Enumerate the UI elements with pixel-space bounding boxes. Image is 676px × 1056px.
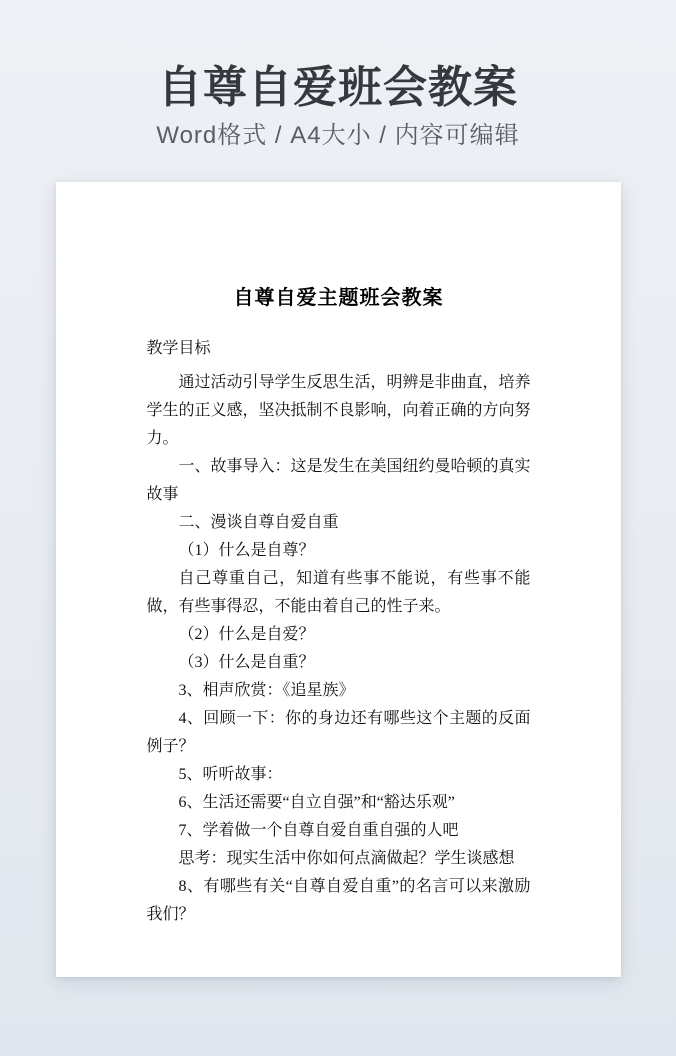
document-page: 自尊自爱主题班会教案 教学目标 通过活动引导学生反思生活，明辨是非曲直，培养学生… [56, 182, 621, 977]
paragraph: 5、听听故事： [147, 761, 531, 789]
paragraph: 4、回顾一下：你的身边还有哪些这个主题的反面例子？ [147, 705, 531, 761]
paragraph: 通过活动引导学生反思生活，明辨是非曲直，培养学生的正义感，坚决抵制不良影响，向着… [147, 369, 531, 453]
template-preview-canvas: 自尊自爱班会教案 Word格式 / A4大小 / 内容可编辑 自尊自爱主题班会教… [0, 0, 676, 1056]
section-heading: 教学目标 [147, 335, 531, 363]
document-body: 自尊自爱主题班会教案 教学目标 通过活动引导学生反思生活，明辨是非曲直，培养学生… [56, 182, 621, 929]
paragraph: 8、有哪些有关“自尊自爱自重”的名言可以来激励我们？ [147, 873, 531, 929]
paragraph: 自己尊重自己，知道有些事不能说，有些事不能做，有些事得忍，不能由着自己的性子来。 [147, 565, 531, 621]
paragraph: （1）什么是自尊？ [147, 537, 531, 565]
paragraph: 3、相声欣赏：《追星族》 [147, 677, 531, 705]
header-banner: 自尊自爱班会教案 Word格式 / A4大小 / 内容可编辑 [0, 0, 676, 149]
paragraph: 7、学着做一个自尊自爱自重自强的人吧 [147, 817, 531, 845]
paragraph: 二、漫谈自尊自爱自重 [147, 509, 531, 537]
paragraph: 思考：现实生活中你如何点滴做起？学生谈感想 [147, 845, 531, 873]
template-title: 自尊自爱班会教案 [0, 64, 676, 112]
paragraph: （3）什么是自重？ [147, 649, 531, 677]
paragraph: 一、故事导入：这是发生在美国纽约曼哈顿的真实故事 [147, 453, 531, 509]
template-subtitle: Word格式 / A4大小 / 内容可编辑 [0, 122, 676, 149]
paragraph: 6、生活还需要“自立自强”和“豁达乐观” [147, 789, 531, 817]
paragraph: （2）什么是自爱？ [147, 621, 531, 649]
document-title: 自尊自爱主题班会教案 [147, 285, 531, 311]
